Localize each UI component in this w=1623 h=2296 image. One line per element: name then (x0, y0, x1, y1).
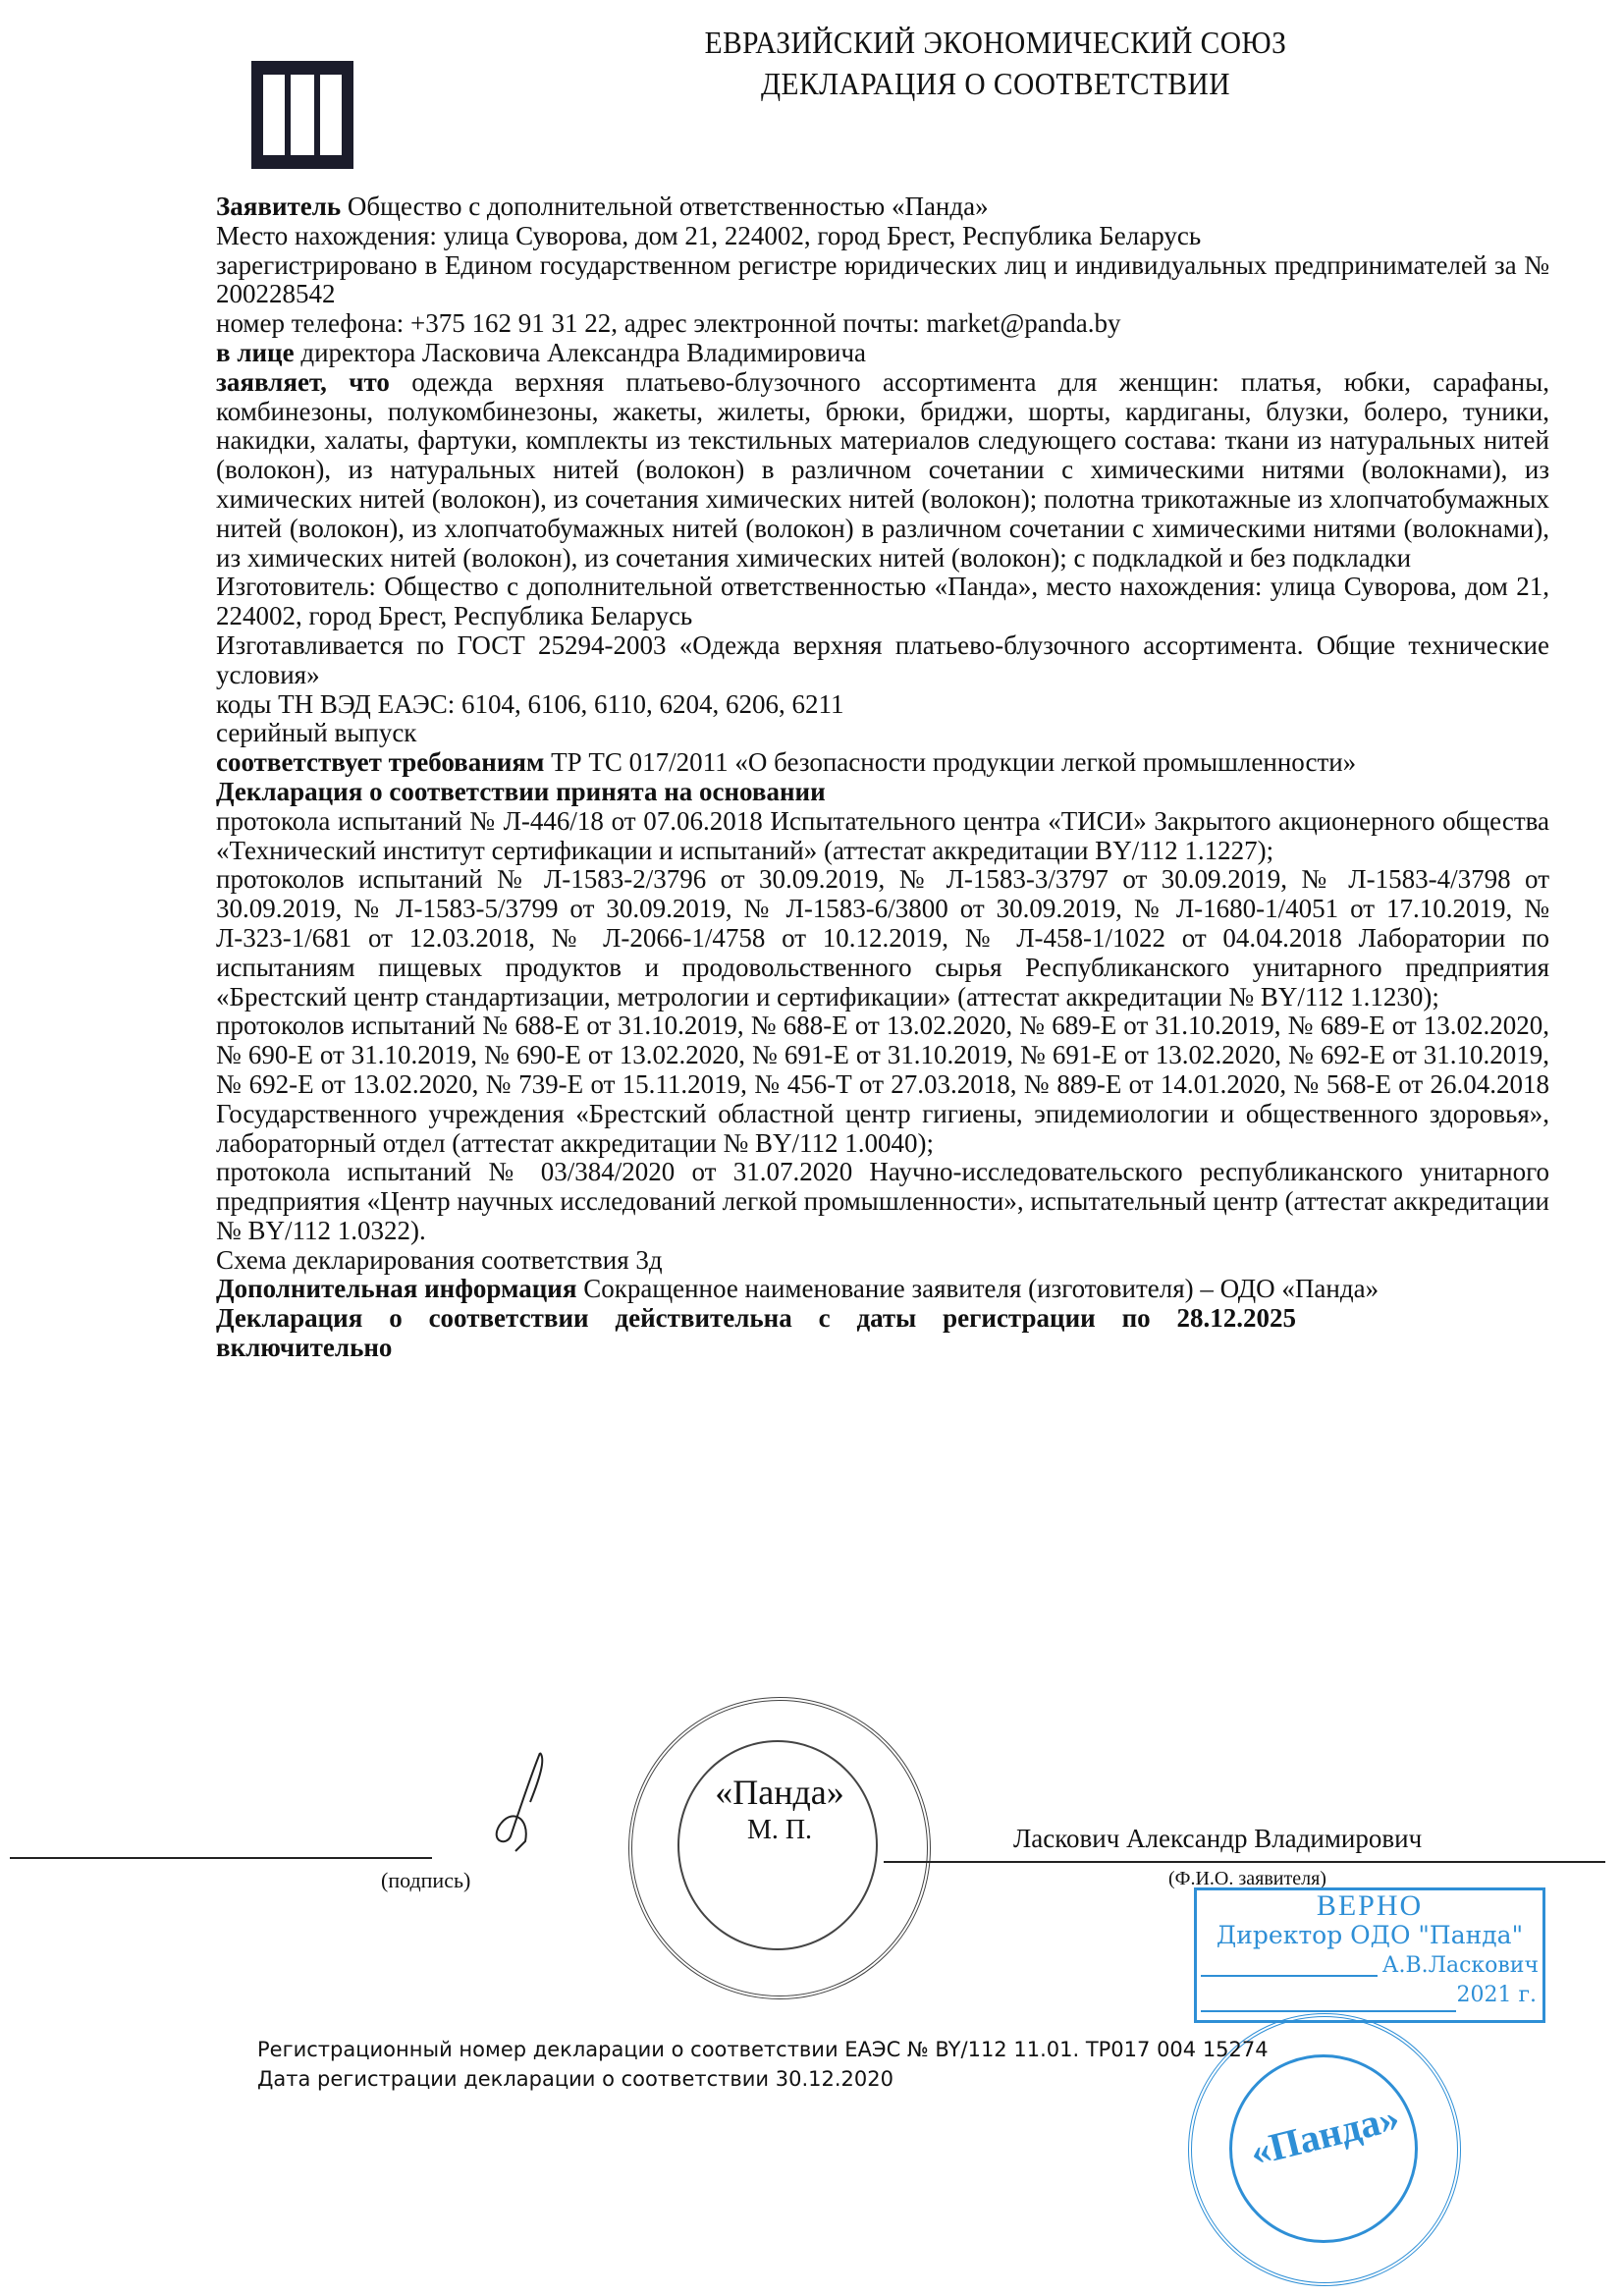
extra-label: Дополнительная информация (216, 1274, 576, 1303)
company-seal: «Панда» М. П. (628, 1697, 931, 1999)
signature-label: (подпись) (381, 1868, 470, 1893)
release-type: серийный выпуск (216, 719, 1549, 748)
applicant-name: Общество с дополнительной ответственност… (348, 191, 989, 221)
seal-title: «Панда» (632, 1772, 927, 1813)
applicant-full-name: Ласкович Александр Владимирович (1013, 1824, 1422, 1854)
signature-line (10, 1857, 432, 1859)
additional-info: Дополнительная информация Сокращенное на… (216, 1275, 1549, 1304)
basis-item: протокола испытаний № Л-446/18 от 07.06.… (216, 807, 1549, 866)
declaration-scheme: Схема декларирования соответствия 3д (216, 1246, 1549, 1276)
document-title: ДЕКЛАРАЦИЯ О СООТВЕТСТВИИ (589, 63, 1402, 104)
applicant-line: Заявитель Общество с дополнительной отве… (216, 192, 1549, 222)
person-name: директора Ласковича Александра Владимиро… (300, 338, 866, 367)
customs-codes: коды ТН ВЭД ЕАЭС: 6104, 6106, 6110, 6204… (216, 690, 1549, 720)
verno-title: ВЕРНО (1197, 1890, 1542, 1922)
basis-item: протоколов испытаний № Л-1583-2/3796 от … (216, 865, 1549, 1011)
conformity-line: соответствует требованиям ТР ТС 017/2011… (216, 748, 1549, 778)
product-description: заявляет, что одежда верхняя платьево-бл… (216, 368, 1549, 574)
applicant-registration: зарегистрировано в Едином государственно… (216, 251, 1549, 310)
document-header: ЕВРАЗИЙСКИЙ ЭКОНОМИЧЕСКИЙ СОЮЗ ДЕКЛАРАЦИ… (589, 22, 1402, 104)
person-label: в лице (216, 338, 295, 367)
standard: Изготавливается по ГОСТ 25294-2003 «Одеж… (216, 631, 1549, 690)
conforms-label: соответствует требованиям (216, 747, 544, 777)
verno-name: А.В.Ласкович (1382, 1953, 1539, 1978)
applicant-contacts: номер телефона: +375 162 91 31 22, адрес… (216, 309, 1549, 339)
seal-mp: М. П. (632, 1815, 927, 1846)
registration-number: Регистрационный номер декларации о соотв… (257, 2035, 1269, 2064)
basis-item: протокола испытаний № 03/384/2020 от 31.… (216, 1158, 1549, 1245)
applicant-label: Заявитель (216, 191, 341, 221)
basis-label: Декларация о соответствии принята на осн… (216, 777, 826, 806)
verno-date-line (1201, 1975, 1378, 1977)
eac-letter-e (263, 75, 285, 155)
declares-label: заявляет, что (216, 367, 390, 397)
manufacturer: Изготовитель: Общество с дополнительной … (216, 573, 1549, 631)
product-text: одежда верхняя платьево-блузочного ассор… (216, 367, 1549, 573)
certified-copy-stamp: ВЕРНО Директор ОДО "Панда" А.В.Ласкович … (1194, 1887, 1545, 2023)
eac-letter-c (320, 75, 342, 155)
validity-text: Декларация о соответствии действительна … (216, 1303, 1296, 1362)
registration-date: Дата регистрации декларации о соответств… (257, 2064, 1269, 2094)
signature-icon (471, 1748, 609, 1856)
applicant-person-line: в лице директора Ласковича Александра Вл… (216, 339, 1549, 368)
applicant-address: Место нахождения: улица Суворова, дом 21… (216, 222, 1549, 251)
verno-month-line (1201, 2010, 1456, 2012)
verno-year: 2021 г. (1456, 1983, 1537, 2007)
basis-item: протоколов испытаний № 688-Е от 31.10.20… (216, 1011, 1549, 1158)
verno-director: Директор ОДО "Панда" (1197, 1922, 1542, 1949)
name-line (884, 1861, 1605, 1863)
eac-letter-a (291, 75, 314, 155)
eac-logo (251, 61, 353, 169)
validity: Декларация о соответствии действительна … (216, 1304, 1296, 1363)
basis-heading: Декларация о соответствии принята на осн… (216, 778, 1549, 807)
registration-info: Регистрационный номер декларации о соотв… (257, 2035, 1269, 2094)
union-title: ЕВРАЗИЙСКИЙ ЭКОНОМИЧЕСКИЙ СОЮЗ (589, 22, 1402, 63)
document-body: Заявитель Общество с дополнительной отве… (216, 192, 1549, 1363)
extra-text: Сокращенное наименование заявителя (изго… (583, 1274, 1379, 1303)
conforms-text: ТР ТС 017/2011 «О безопасности продукции… (551, 747, 1356, 777)
